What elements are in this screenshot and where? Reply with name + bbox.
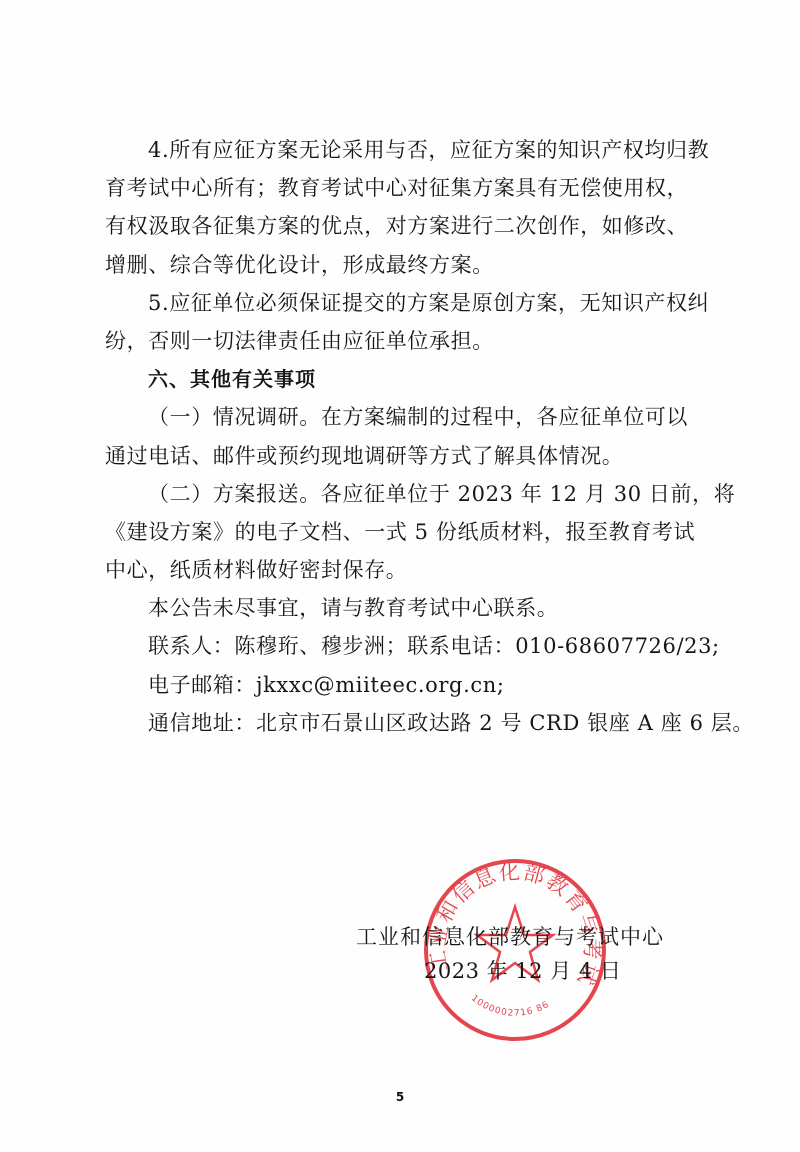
seal-serial-text: 1000002716 86 bbox=[469, 993, 551, 1018]
subsection-2-line-3: 中心，纸质材料做好密封保存。 bbox=[105, 551, 717, 589]
signature-organization: 工业和信息化部教育与考试中心 bbox=[356, 920, 686, 954]
subsection-1-line-2: 通过电话、邮件或预约现地调研等方式了解具体情况。 bbox=[105, 437, 717, 475]
subsection-2-line-2: 《建设方案》的电子文档、一式 5 份纸质材料，报至教育考试 bbox=[105, 513, 717, 551]
document-body: 4.所有应征方案无论采用与否，应征方案的知识产权均归教 育考试中心所有；教育考试… bbox=[105, 131, 717, 742]
contact-persons-line: 联系人：陈穆珩、穆步洲；联系电话：010-68607726/23; bbox=[105, 627, 717, 665]
item-4-line-3: 有权汲取各征集方案的优点，对方案进行二次创作，如修改、 bbox=[105, 207, 717, 245]
document-page: 4.所有应征方案无论采用与否，应征方案的知识产权均归教 育考试中心所有；教育考试… bbox=[0, 0, 800, 1152]
page-number: 5 bbox=[0, 1090, 800, 1104]
item-5-line-1: 5.应征单位必须保证提交的方案是原创方案，无知识产权纠 bbox=[105, 284, 717, 322]
contact-address-line: 通信地址：北京市石景山区政达路 2 号 CRD 银座 A 座 6 层。 bbox=[105, 704, 717, 742]
notice-line: 本公告未尽事宜，请与教育考试中心联系。 bbox=[105, 589, 717, 627]
item-4-line-4: 增删、综合等优化设计，形成最终方案。 bbox=[105, 246, 717, 284]
contact-email-line: 电子邮箱：jkxxc@miiteec.org.cn; bbox=[105, 666, 717, 704]
signature-date: 2023 年 12 月 4 日 bbox=[356, 954, 686, 988]
item-4-line-2: 育考试中心所有；教育考试中心对征集方案具有无偿使用权， bbox=[105, 169, 717, 207]
subsection-1-line-1: （一）情况调研。在方案编制的过程中，各应征单位可以 bbox=[105, 398, 717, 436]
signature-block: 工业和信息化部教育与考试中心 2023 年 12 月 4 日 bbox=[356, 920, 686, 988]
section-heading-other-matters: 六、其他有关事项 bbox=[105, 360, 717, 398]
subsection-2-line-1: （二）方案报送。各应征单位于 2023 年 12 月 30 日前，将 bbox=[105, 475, 717, 513]
item-5-line-2: 纷，否则一切法律责任由应征单位承担。 bbox=[105, 322, 717, 360]
svg-text:1000002716 86: 1000002716 86 bbox=[469, 993, 551, 1018]
item-4-line-1: 4.所有应征方案无论采用与否，应征方案的知识产权均归教 bbox=[105, 131, 717, 169]
